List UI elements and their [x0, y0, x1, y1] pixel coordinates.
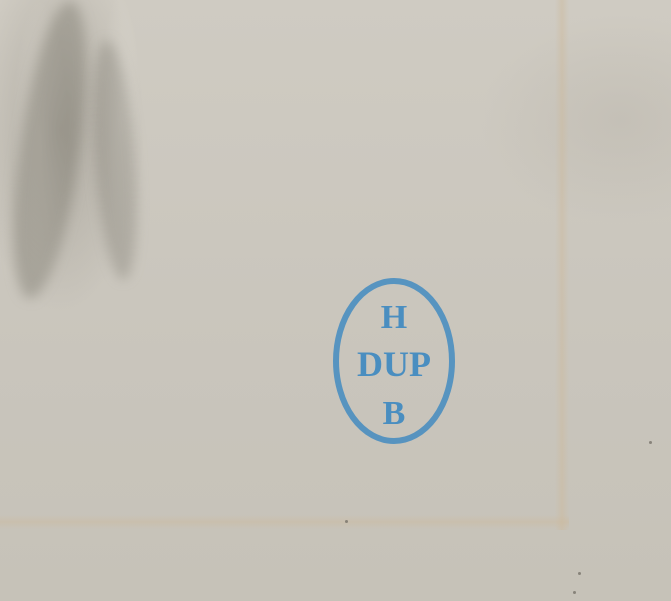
collector-stamp: H DUP B [330, 276, 458, 446]
speck [649, 441, 652, 444]
speck [578, 572, 581, 575]
stamp-line-3: B [383, 395, 406, 432]
speck [345, 520, 348, 523]
stamp-line-1: H [381, 299, 407, 336]
plate-mark-vertical [555, 0, 569, 530]
plate-mark-horizontal [0, 515, 569, 529]
speck [573, 591, 576, 594]
stamp-line-2: DUP [357, 344, 431, 384]
